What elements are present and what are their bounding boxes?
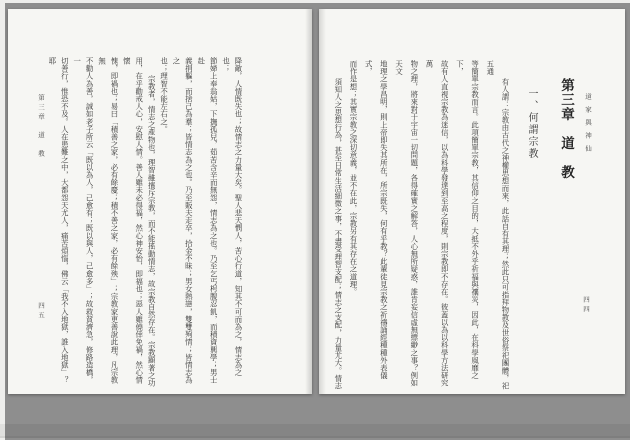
text-column: 物之理，將來對于宇宙一切問題，各得確實之解答，人心無所疑惑，誰肯妄信虛無縹緲之事… (391, 60, 421, 392)
text-column: 須知人之思想行為，甚至日常生活細微之事，不盡受理智支配；情志之支配，力量尤大。情… (330, 60, 346, 392)
text-column: 地理之學昌明，則上帝即失其所在，所宗既失，何有乎教？此輩徒見宗教之祈禱誦經種種外… (361, 60, 391, 392)
text-column: 有人謂：宗教由古代之神權思想而來，此話自有其理；然此只可指拜物教及世俗祭祀團體，… (483, 60, 513, 392)
text-column: 切善行，惟恐不及。人在患難之中，大都怨天尤人，痛苦煩惱，佛云「我不入地獄，誰入地… (46, 57, 70, 391)
text-column: 不勸人為善，誠如老子所云「既以為人，己愈有；既以與人，己愈多」；故救貧濟急，修路… (70, 57, 95, 391)
page-right: 道家與神仙 第三章 道 教 一、何謂宗教 有人謂：宗教由古代之神權思想而來，此話… (319, 9, 625, 394)
text-column: 也；理智不能左右之。 (157, 57, 169, 391)
section-title: 一、何謂宗教 (524, 88, 539, 160)
text-column: 宗教者，情志之產物也，理智雖擯斥宗教，而不能搖動情志，故宗教自然存在。宗教顯著之… (145, 57, 157, 391)
right-page-text: 有人謂：宗教由古代之神權思想而來，此話自有其理；然此只可指拜物教及世俗祭祀團體，… (330, 60, 513, 392)
text-column: 等簡單宗教而言。此項簡單宗教，其信仰之目的，大抵不外乎祈福與禳災，因此，在科學風… (452, 60, 482, 392)
page-left: 降敵，人情既失也；故情志之力量大矣。聖人悲天憫人，苦心行道，知其不可而為之，情志… (8, 9, 312, 394)
book-scan: 降敵，人情既失也；故情志之力量大矣。聖人悲天憫人，苦心行道，知其不可而為之，情志… (0, 0, 630, 440)
chapter-title: 第三章 道 教 (556, 78, 576, 180)
scan-bottom-shadow (0, 424, 630, 438)
scan-edge-left (0, 0, 5, 440)
text-column: 故有人直視宗教為迷信，以為科學發達到至高之程度，則宗教即不存在。彼蓋以為以科學方… (422, 60, 452, 392)
page-number-left: 四五 (36, 302, 45, 321)
text-column: 用，在乎勸戒人心，安慰人情。善人雖未必得福，然心神安怡，即福也；惡人雖僥倖免禍，… (120, 57, 145, 391)
running-head-book-title: 道家與神仙 (583, 93, 592, 158)
chapter-margin-label: 第三章 道 教 (36, 94, 45, 159)
text-column: 降敵，人情既失也；故情志之力量大矣。聖人悲天憫人，苦心行道，知其不可而為之，情志… (219, 57, 244, 391)
scan-edge-top (0, 0, 630, 3)
text-column: 義捐軀，而捨己為羣；皆情志為之也。乃至販夫走卒，拾金不昧；男女熱戀，雙雙殉情；皆… (170, 57, 195, 391)
page-number-right: 四四 (581, 296, 590, 315)
text-column: 而作是想；其實宗教之深切意義，並不在此，宗教另有其存在之道理。 (346, 60, 361, 392)
text-column: 節婦上奉翁姑，下撫孤兒，茹苦含辛而無怨，情志為之也。乃至乞丐枵腹忍飢，而積資興學… (194, 57, 219, 391)
left-page-text: 降敵，人情既失也；故情志之力量大矣。聖人悲天憫人，苦心行道，知其不可而為之，情志… (46, 57, 244, 391)
text-column: 愧，即禍也；易曰「積善之家，必有餘慶；積不善之家，必有餘殃」；宗教家更善說此理，… (95, 57, 120, 391)
